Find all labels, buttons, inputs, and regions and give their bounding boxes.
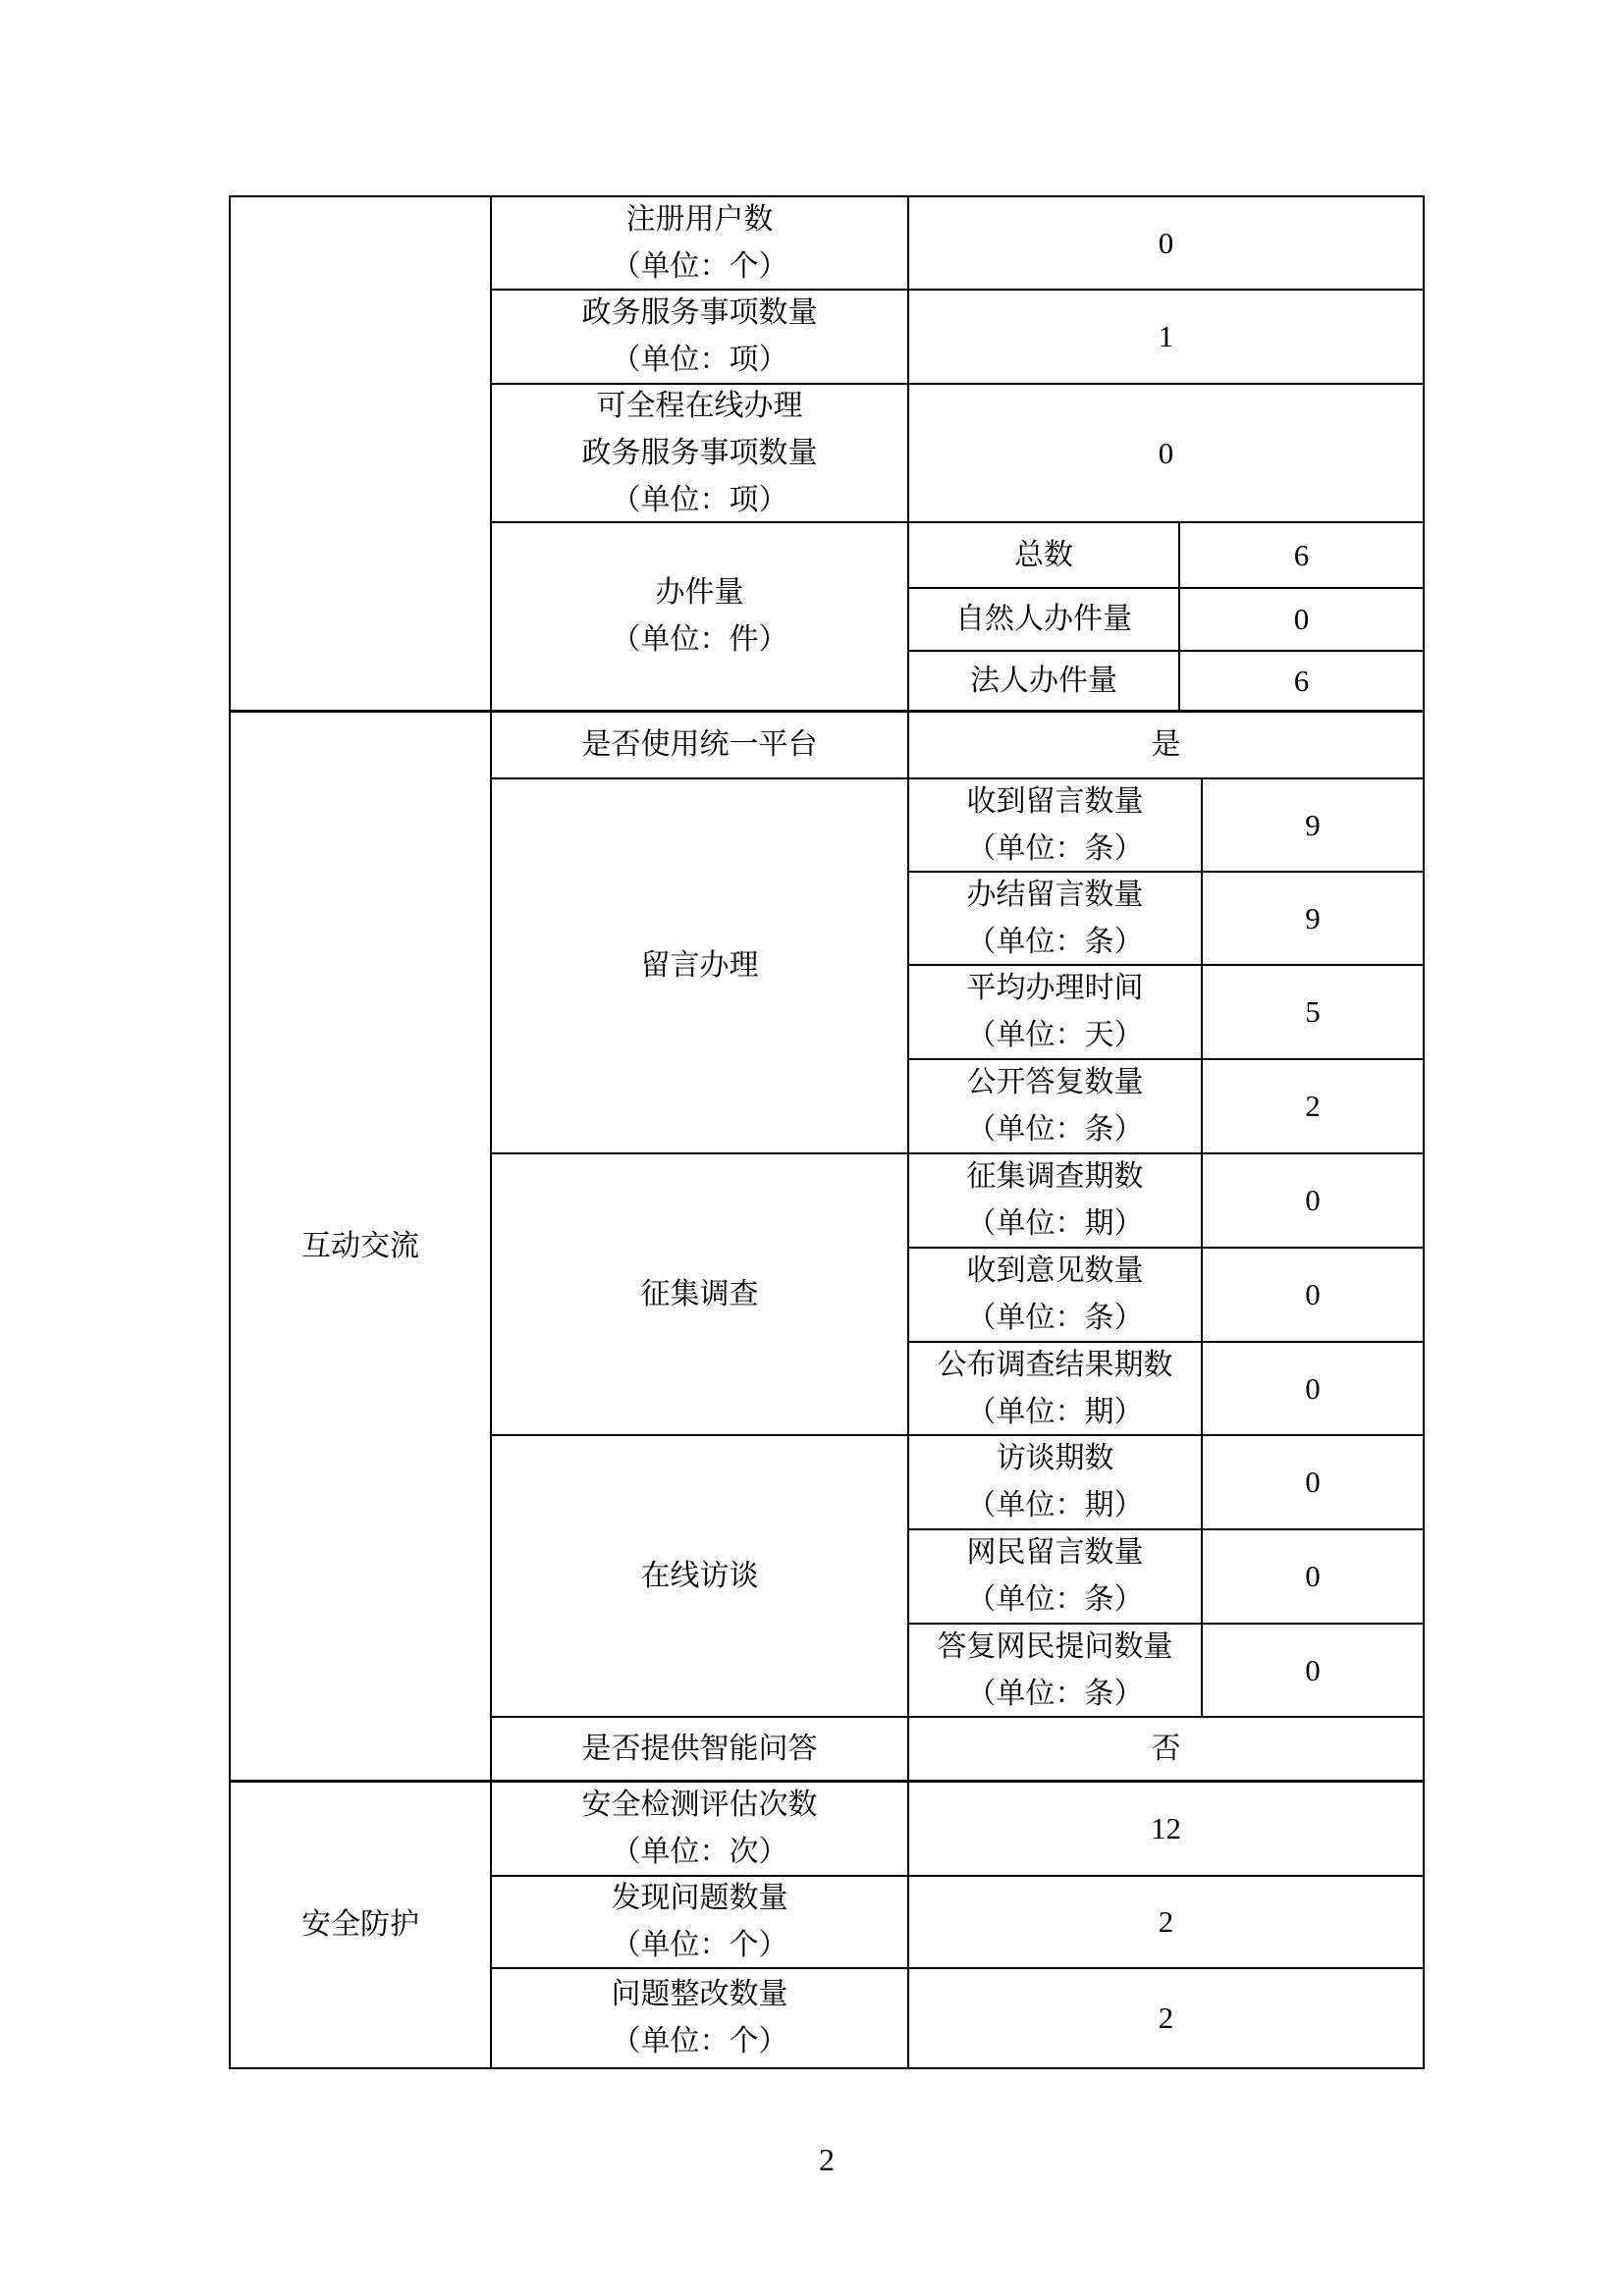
value-opinions-received: 0 [1203,1249,1425,1343]
label-problems-fixed: 问题整改数量 （单位：个） [492,1969,909,2069]
label-unified-platform: 是否使用统一平台 [492,713,909,779]
statistics-table: 互动交流 安全防护 注册用户数 （单位：个） 0 政务服务事项数量 （单位：项）… [229,195,1425,2069]
value-case-natural-person: 0 [1180,589,1425,652]
value-full-online-items: 0 [909,385,1425,523]
value-survey-periods: 0 [1203,1154,1425,1249]
label-survey-periods: 征集调查期数 （单位：期） [909,1154,1203,1249]
label-public-replies: 公开答复数量 （单位：条） [909,1060,1203,1154]
label-problems-found: 发现问题数量 （单位：个） [492,1877,909,1969]
label-service-items: 政务服务事项数量 （单位：项） [492,291,909,385]
label-netizen-messages: 网民留言数量 （单位：条） [909,1530,1203,1625]
value-problems-fixed: 2 [909,1969,1425,2069]
value-registered-users: 0 [909,197,1425,291]
label-case-total: 总数 [909,523,1180,589]
label-case-natural-person: 自然人办件量 [909,589,1180,652]
label-opinions-received: 收到意见数量 （单位：条） [909,1249,1203,1343]
value-case-legal-person: 6 [1180,652,1425,713]
value-case-total: 6 [1180,523,1425,589]
value-messages-completed: 9 [1203,873,1425,966]
label-online-interview: 在线访谈 [492,1436,909,1718]
label-messages-received: 收到留言数量 （单位：条） [909,779,1203,873]
label-survey: 征集调查 [492,1154,909,1436]
page-number: 2 [229,2138,1425,2181]
label-netizen-replies: 答复网民提问数量 （单位：条） [909,1625,1203,1718]
label-registered-users: 注册用户数 （单位：个） [492,197,909,291]
label-interview-periods: 访谈期数 （单位：期） [909,1436,1203,1530]
label-case-legal-person: 法人办件量 [909,652,1180,713]
label-survey-results: 公布调查结果期数 （单位：期） [909,1343,1203,1436]
document-page: 互动交流 安全防护 注册用户数 （单位：个） 0 政务服务事项数量 （单位：项）… [0,0,1624,2296]
value-security-checks: 12 [909,1783,1425,1877]
value-survey-results: 0 [1203,1343,1425,1436]
category-cell-interaction: 互动交流 [231,713,492,1783]
label-smart-qa: 是否提供智能问答 [492,1718,909,1783]
category-cell-empty [231,197,492,713]
value-service-items: 1 [909,291,1425,385]
value-netizen-replies: 0 [1203,1625,1425,1718]
label-security-checks: 安全检测评估次数 （单位：次） [492,1783,909,1877]
value-smart-qa: 否 [909,1718,1425,1783]
value-avg-handling-time: 5 [1203,966,1425,1060]
value-messages-received: 9 [1203,779,1425,873]
value-interview-periods: 0 [1203,1436,1425,1530]
value-netizen-messages: 0 [1203,1530,1425,1625]
value-unified-platform: 是 [909,713,1425,779]
label-message-handling: 留言办理 [492,779,909,1154]
value-public-replies: 2 [1203,1060,1425,1154]
label-full-online-items: 可全程在线办理 政务服务事项数量 （单位：项） [492,385,909,523]
value-problems-found: 2 [909,1877,1425,1969]
label-messages-completed: 办结留言数量 （单位：条） [909,873,1203,966]
category-cell-security: 安全防护 [231,1783,492,2069]
label-avg-handling-time: 平均办理时间 （单位：天） [909,966,1203,1060]
label-case-volume: 办件量 （单位：件） [492,523,909,713]
